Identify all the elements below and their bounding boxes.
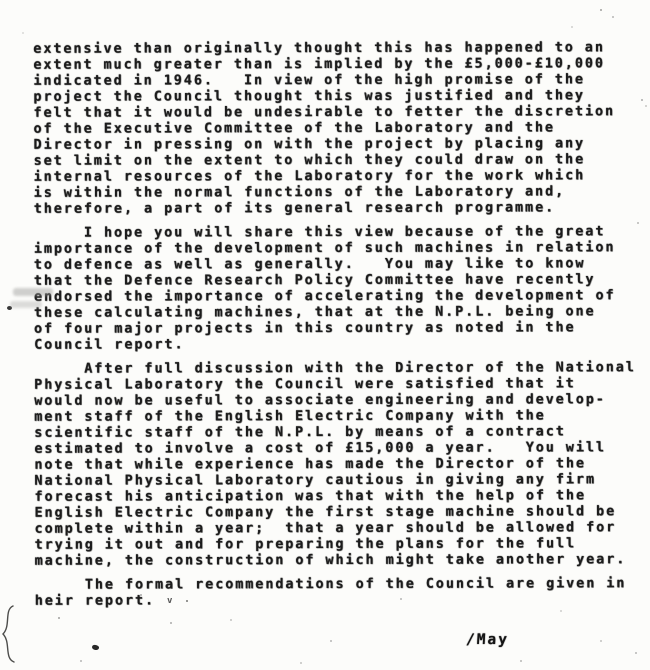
catchword-may: /May [466,632,510,648]
paragraph-4: The formal recommendations of the Counci… [35,575,641,609]
paragraph-1: extensive than originally thought this h… [33,39,639,217]
pen-bracket-mark [0,604,18,664]
ink-blot [91,644,99,651]
scanned-letter-page: extensive than originally thought this h… [0,0,650,670]
pen-tick-mark: v [167,596,172,606]
paragraph-3: After full discussion with the Director … [34,359,641,569]
paragraph-2: I hope you will share this view because … [34,223,640,353]
scan-noise-specks [0,0,2,2]
letter-body: extensive than originally thought this h… [33,39,640,609]
ink-smudge [10,301,42,308]
ink-smudge [13,288,53,296]
